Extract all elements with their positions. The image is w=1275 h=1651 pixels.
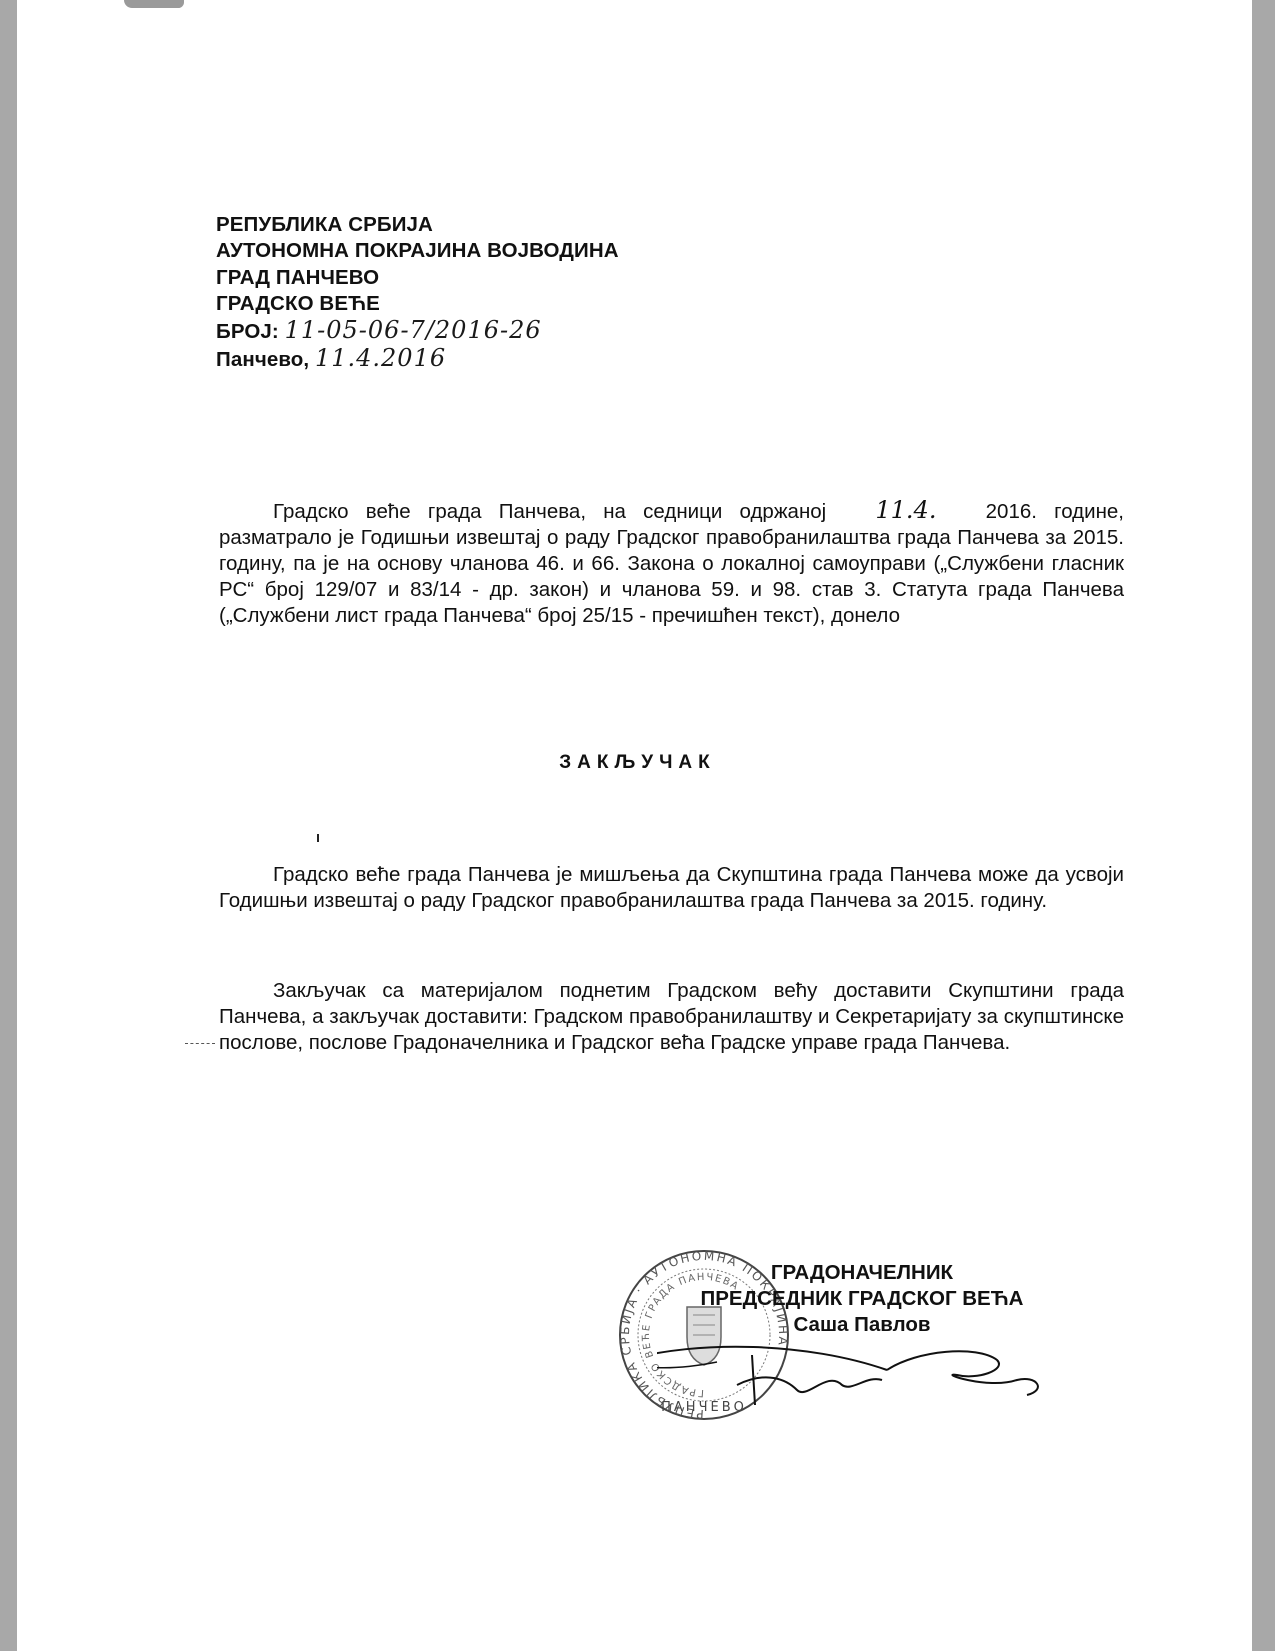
- document-place-date: Панчево, 11.4.2016: [216, 345, 619, 373]
- document-header: РЕПУБЛИКА СРБИЈА АУТОНОМНА ПОКРАЈИНА ВОЈ…: [216, 212, 619, 374]
- document-number: БРОЈ: 11-05-06-7/2016-26: [216, 317, 619, 345]
- date-handwritten: 11.4.2016: [315, 344, 446, 372]
- document-page: РЕПУБЛИКА СРБИЈА АУТОНОМНА ПОКРАЈИНА ВОЈ…: [17, 0, 1252, 1651]
- scan-artifact: [124, 0, 184, 8]
- number-label: БРОЈ:: [216, 320, 279, 343]
- signature-block: ГРАДОНАЧЕЛНИК ПРЕДСЕДНИК ГРАДСКОГ ВЕЋА С…: [657, 1260, 1067, 1338]
- header-line-republic: РЕПУБЛИКА СРБИЈА: [216, 212, 619, 238]
- document-title: ЗАКЉУЧАК: [0, 752, 1275, 774]
- number-handwritten: 11-05-06-7/2016-26: [285, 316, 542, 344]
- delivery-paragraph: Закључак са материјалом поднетим Градско…: [219, 978, 1124, 1056]
- place-label: Панчево,: [216, 348, 309, 371]
- conclusion-text: Градско веће града Панчева је мишљења да…: [219, 863, 1124, 912]
- handwritten-signature-icon: [657, 1330, 1077, 1420]
- delivery-text: Закључак са материјалом поднетим Градско…: [219, 979, 1124, 1054]
- signatory-title-president: ПРЕДСЕДНИК ГРАДСКОГ ВЕЋА: [657, 1286, 1067, 1312]
- margin-mark: [185, 1043, 215, 1045]
- header-line-city: ГРАД ПАНЧЕВО: [216, 265, 619, 291]
- intro-paragraph: Градско веће града Панчева, на седници о…: [219, 497, 1124, 629]
- conclusion-paragraph: Градско веће града Панчева је мишљења да…: [219, 862, 1124, 914]
- signatory-title-mayor: ГРАДОНАЧЕЛНИК: [657, 1260, 1067, 1286]
- intro-before-date: Градско веће града Панчева, на седници о…: [273, 500, 826, 523]
- header-line-council: ГРАДСКО ВЕЋЕ: [216, 291, 619, 317]
- header-line-province: АУТОНОМНА ПОКРАЈИНА ВОЈВОДИНА: [216, 238, 619, 264]
- section-mark: [317, 834, 319, 842]
- session-date-handwritten: 11.4.: [843, 497, 968, 523]
